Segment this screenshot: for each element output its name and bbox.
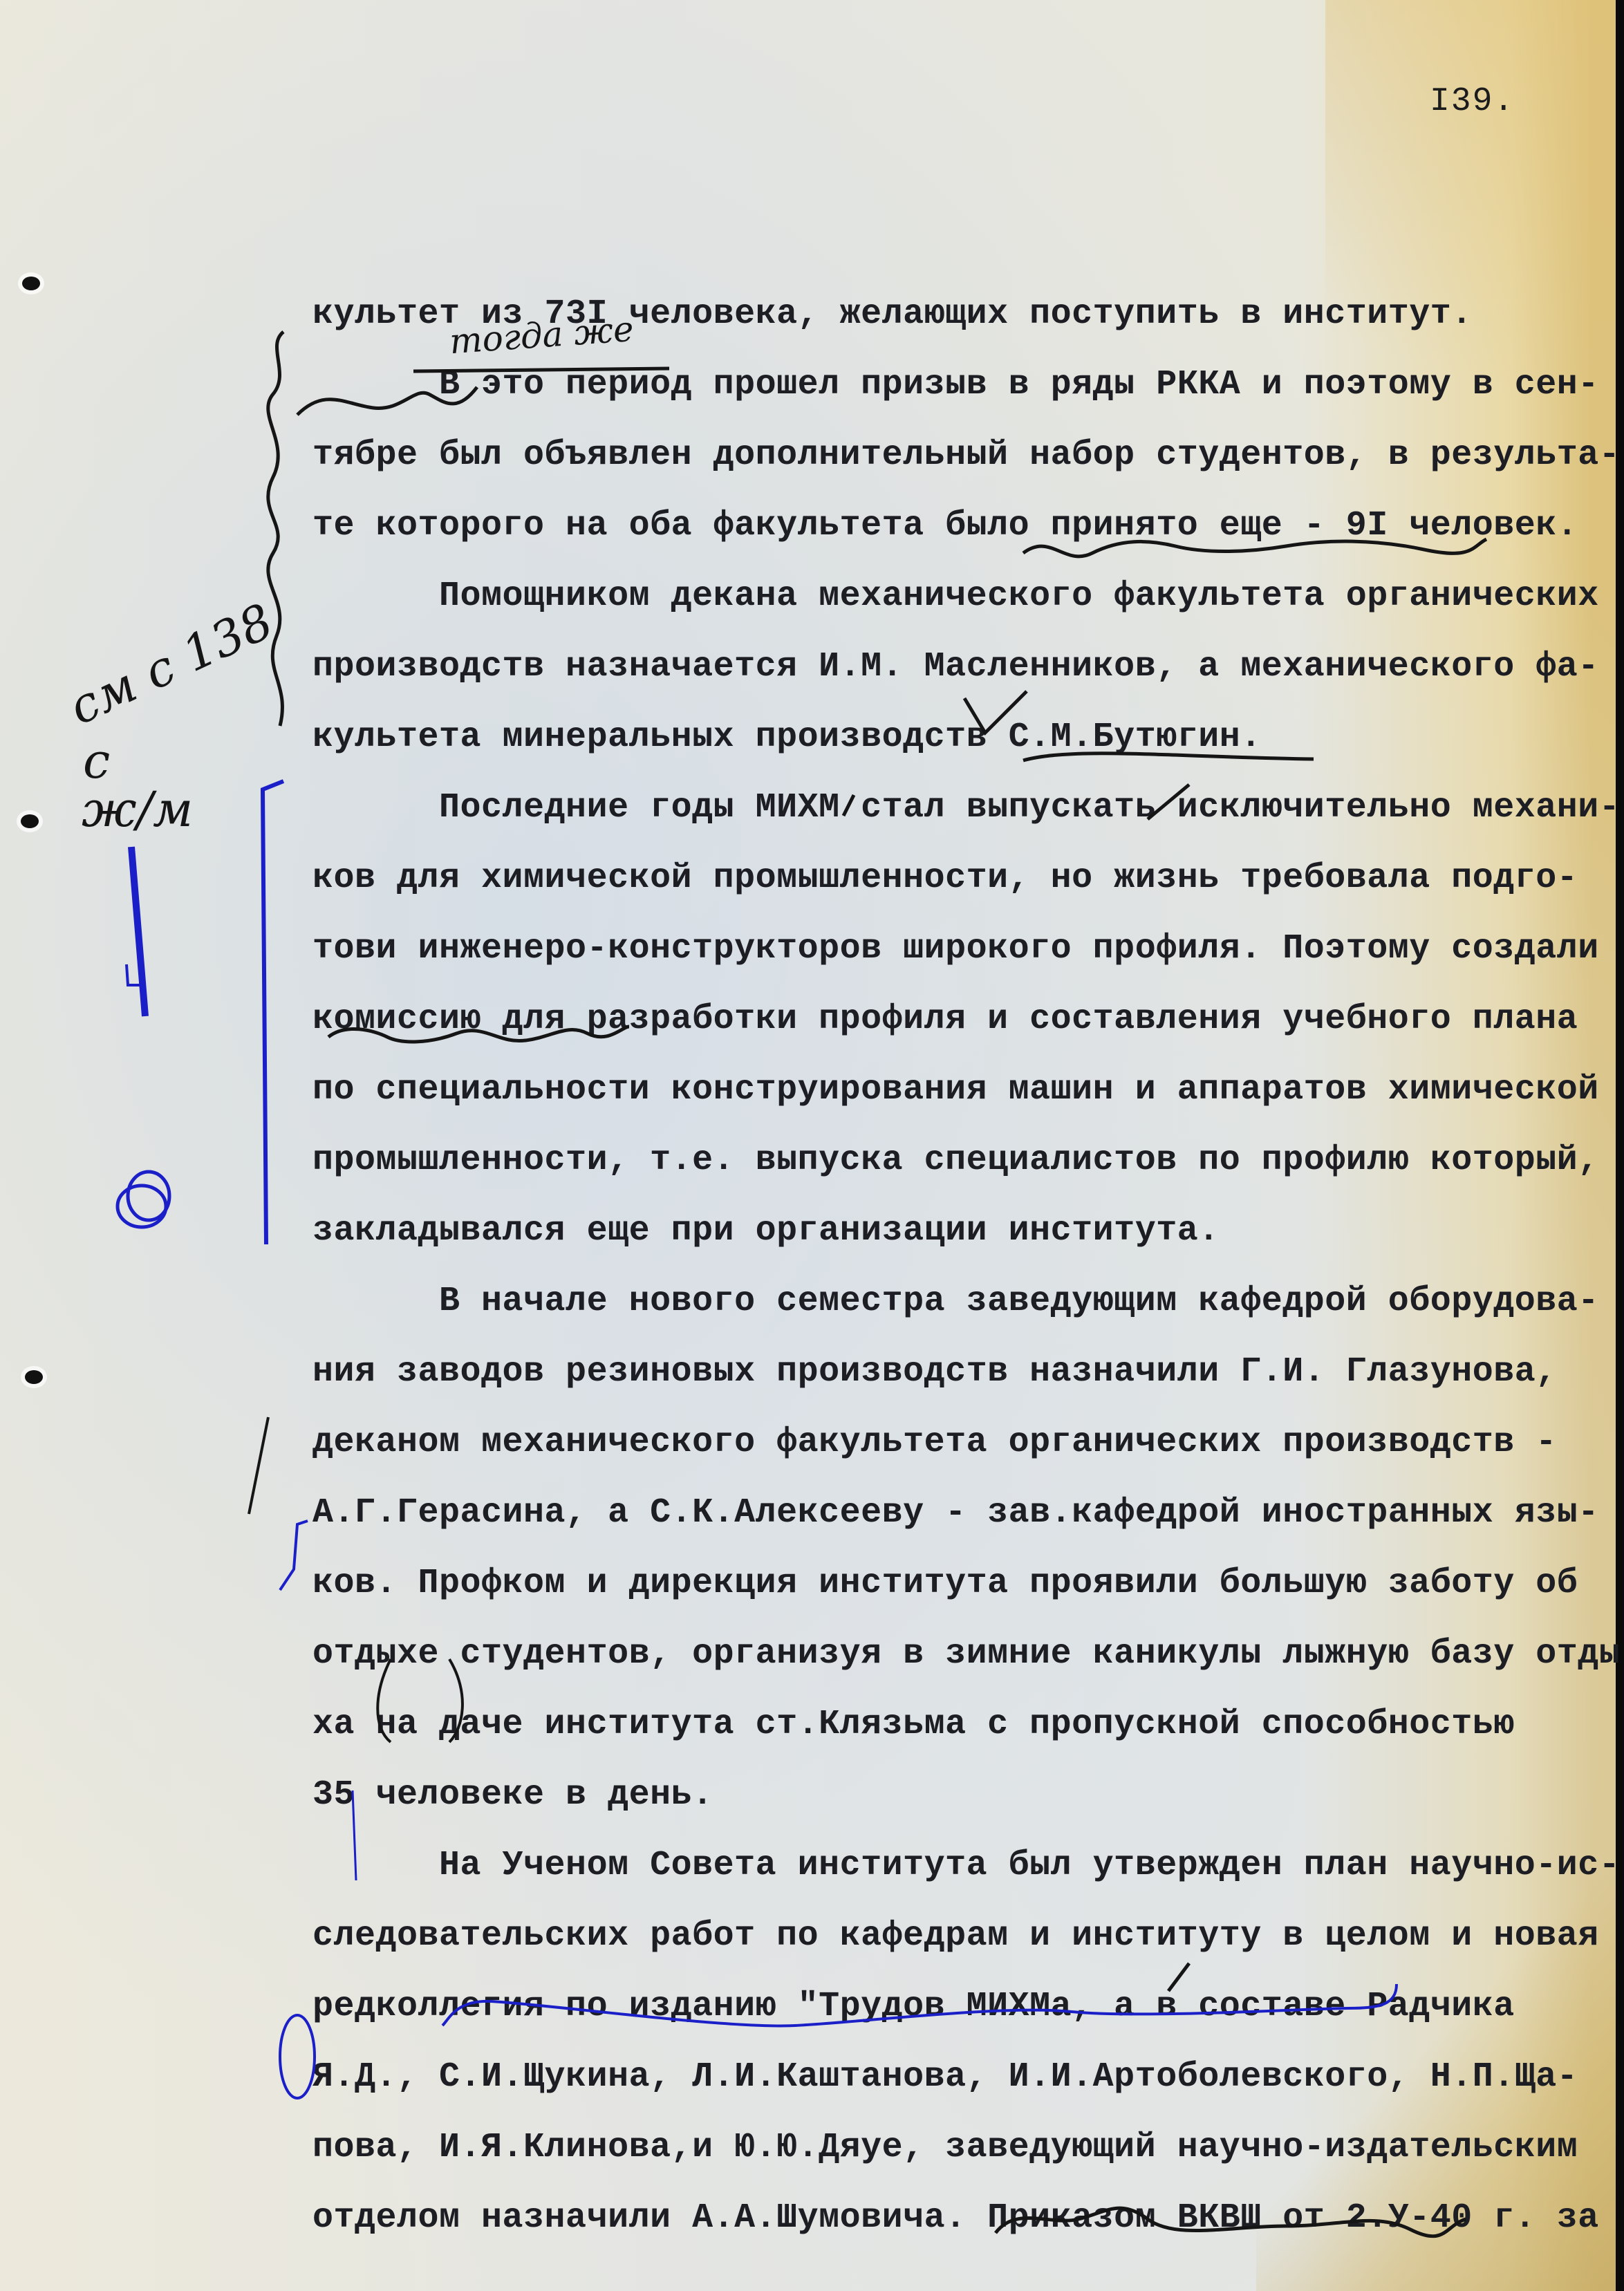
typewritten-body: культет из 73I человека, желающих поступ… bbox=[312, 279, 1612, 2254]
text-line: закладывался еще при организации институ… bbox=[312, 1196, 1612, 1266]
margin-line-blue bbox=[131, 847, 145, 1016]
text-line: В начале нового семестра заведующим кафе… bbox=[312, 1266, 1612, 1337]
text-line: В это период прошел призыв в ряды РККА и… bbox=[312, 350, 1612, 420]
text-line: те которого на оба факультета было приня… bbox=[312, 491, 1612, 561]
text-line: Последние годы МИХМ стал выпускать исклю… bbox=[312, 773, 1612, 843]
page-edge bbox=[1616, 0, 1624, 2291]
text-line: по специальности конструирования машин и… bbox=[312, 1055, 1612, 1125]
text-line: тябре был объявлен дополнительный набор … bbox=[312, 420, 1612, 491]
text-line: На Ученом Совета института был утвержден… bbox=[312, 1831, 1612, 1901]
paragraph-mark bbox=[280, 1521, 308, 1590]
margin-bracket bbox=[268, 332, 283, 726]
text-line: ков. Профком и дирекция института прояви… bbox=[312, 1549, 1612, 1619]
text-line: отделом назначили А.А.Шумовича. Приказом… bbox=[312, 2183, 1612, 2254]
punch-hole bbox=[21, 814, 39, 828]
text-line: ния заводов резиновых производств назнач… bbox=[312, 1337, 1612, 1408]
text-line: отдыхе студентов, организуя в зимние кан… bbox=[312, 1619, 1612, 1690]
punch-hole bbox=[25, 1370, 43, 1384]
text-line: 35 человеке в день. bbox=[312, 1760, 1612, 1831]
text-line: ков для химической промышленности, но жи… bbox=[312, 843, 1612, 914]
text-line: культета минеральных производств С.М.Бут… bbox=[312, 702, 1612, 773]
text-line: А.Г.Герасина, а С.К.Алексееву - зав.кафе… bbox=[312, 1478, 1612, 1549]
margin-note-reference: см с 138 bbox=[60, 592, 281, 736]
text-line: тови инженеро-конструкторов широкого про… bbox=[312, 914, 1612, 984]
text-line: пова, И.Я.Клинова,и Ю.Ю.Дяуе, заведующий… bbox=[312, 2113, 1612, 2183]
text-line: комиссию для разработки профиля и состав… bbox=[312, 984, 1612, 1055]
text-line: Я.Д., С.И.Щукина, Л.И.Каштанова, И.И.Арт… bbox=[312, 2042, 1612, 2113]
text-line: редколлегия по изданию "Трудов МИХМа, а … bbox=[312, 1972, 1612, 2042]
text-line: следовательских работ по кафедрам и инст… bbox=[312, 1901, 1612, 1972]
circled-initials bbox=[280, 2015, 315, 2098]
punch-hole bbox=[22, 277, 40, 290]
margin-bracket-blue bbox=[263, 781, 283, 1244]
page-number: I39. bbox=[1430, 83, 1515, 120]
margin-note: ж/м bbox=[82, 781, 193, 838]
margin-scribble bbox=[118, 1186, 166, 1227]
text-line: производств назначается И.М. Масленников… bbox=[312, 632, 1612, 702]
text-line: промышленности, т.е. выпуска специалисто… bbox=[312, 1125, 1612, 1196]
text-line: ха на даче института ст.Клязьма с пропус… bbox=[312, 1690, 1612, 1760]
text-line: Помощником декана механического факульте… bbox=[312, 561, 1612, 632]
text-line: деканом механического факультета органич… bbox=[312, 1408, 1612, 1478]
